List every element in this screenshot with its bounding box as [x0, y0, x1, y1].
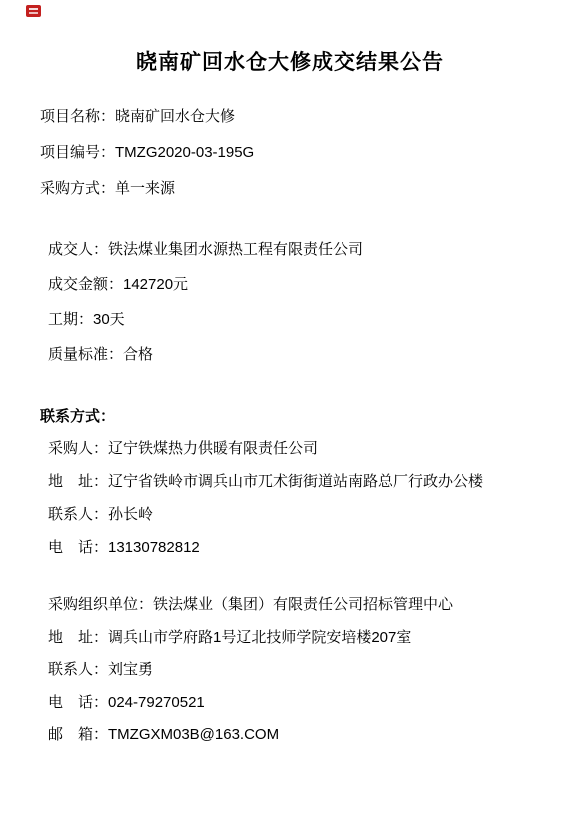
organizer-phone-line: 电 话：024-79270521 [48, 687, 453, 720]
duration-line: 工期：30天 [48, 302, 363, 337]
page-title: 晓南矿回水仓大修成交结果公告 [0, 50, 580, 74]
quality-line: 质量标准：合格 [48, 337, 363, 372]
organizer-line: 采购组织单位：铁法煤业（集团）有限责任公司招标管理中心 [48, 589, 453, 622]
purchaser-contact-block: 采购人：辽宁铁煤热力供暖有限责任公司 地 址：辽宁省铁岭市调兵山市兀术街街道站南… [48, 432, 483, 564]
organizer-address-line: 地 址：调兵山市学府路1号辽北技师学院安培楼207室 [48, 622, 453, 655]
amount-line: 成交金额：142720元 [48, 267, 363, 302]
project-name-line: 项目名称：晓南矿回水仓大修 [40, 99, 254, 135]
red-seal-icon [26, 5, 41, 17]
winner-line: 成交人：铁法煤业集团水源热工程有限责任公司 [48, 232, 363, 267]
announcement-page: 晓南矿回水仓大修成交结果公告 项目名称：晓南矿回水仓大修 项目编号：TMZG20… [0, 0, 580, 834]
organizer-contact-person-line: 联系人：刘宝勇 [48, 654, 453, 687]
purchaser-phone-line: 电 话：13130782812 [48, 531, 483, 564]
project-code-line: 项目编号：TMZG2020-03-195G [40, 135, 254, 171]
award-result-block: 成交人：铁法煤业集团水源热工程有限责任公司 成交金额：142720元 工期：30… [48, 232, 363, 372]
organizer-email-line: 邮 箱：TMZGXM03B@163.COM [48, 719, 453, 752]
purchaser-line: 采购人：辽宁铁煤热力供暖有限责任公司 [48, 432, 483, 465]
contact-section-heading: 联系方式： [40, 402, 115, 432]
project-info-block: 项目名称：晓南矿回水仓大修 项目编号：TMZG2020-03-195G 采购方式… [40, 99, 254, 207]
purchaser-address-line: 地 址：辽宁省铁岭市调兵山市兀术街街道站南路总厂行政办公楼 [48, 465, 483, 498]
purchaser-contact-person-line: 联系人：孙长岭 [48, 498, 483, 531]
procurement-method-line: 采购方式：单一来源 [40, 171, 254, 207]
organizer-contact-block: 采购组织单位：铁法煤业（集团）有限责任公司招标管理中心 地 址：调兵山市学府路1… [48, 589, 453, 752]
